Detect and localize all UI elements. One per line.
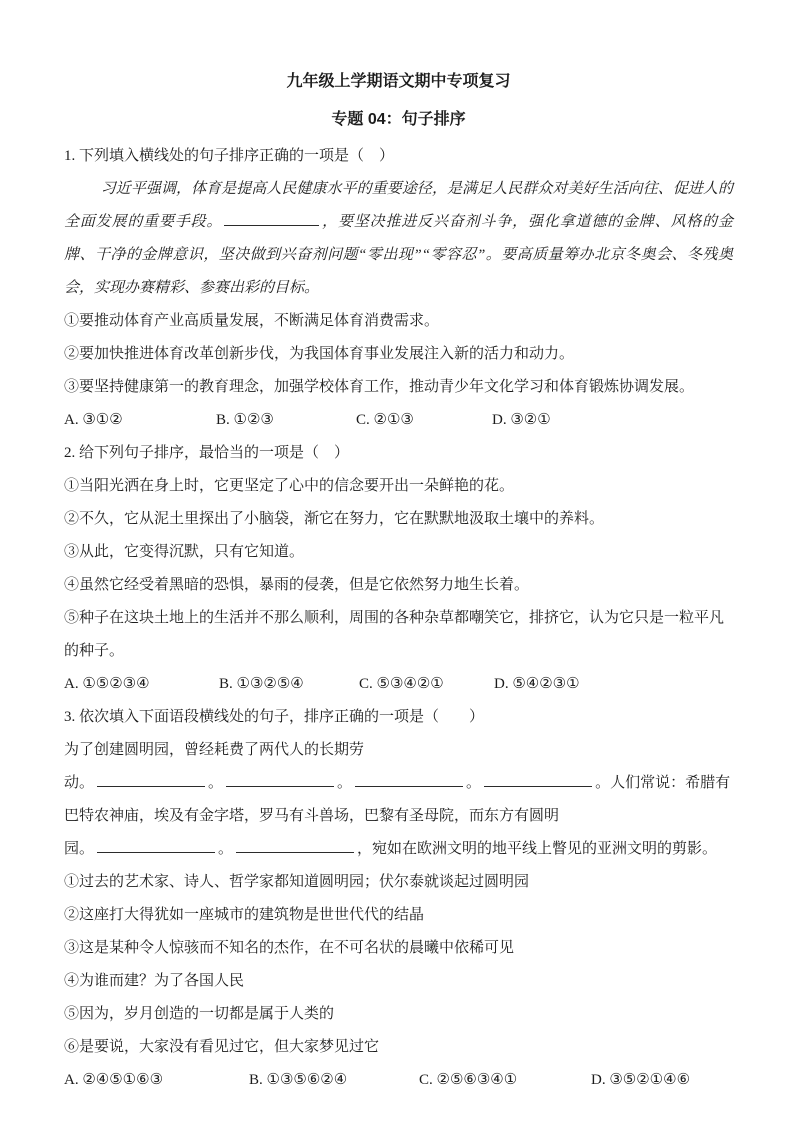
q3-blank-4 [484, 772, 592, 787]
q3-line4-prefix: 园。 [64, 841, 94, 857]
worksheet-page: 九年级上学期语文期中专项复习 专题 04：句子排序 1. 下列填入横线处的句子排… [0, 0, 793, 1122]
q1-passage: 习近平强调，体育是提高人民健康水平的重要途径，是满足人民群众对美好生活向往、促进… [64, 173, 733, 305]
q1-option-b: B. ①②③ [216, 404, 356, 437]
q3-item-5: ⑤因为，岁月创造的一切都是属于人类的 [64, 998, 733, 1031]
q3-item-3: ③这是某种令人惊骇而不知名的杰作，在不可名状的晨曦中依稀可见 [64, 932, 733, 965]
q2-item-1: ①当阳光洒在身上时，它更坚定了心中的信念要开出一朵鲜艳的花。 [64, 470, 733, 503]
q2-item-4: ④虽然它经受着黑暗的恐惧，暴雨的侵袭，但是它依然努力地生长着。 [64, 569, 733, 602]
q1-blank-underline [224, 211, 319, 226]
q2-option-b: B. ①③②⑤④ [219, 668, 359, 701]
q3-line2-suffix: 。人们常说：希腊有 [595, 775, 730, 791]
q3-blank-5 [97, 838, 215, 853]
q2-option-a: A. ①⑤②③④ [64, 668, 219, 701]
q3-passage-line1: 为了创建圆明园，曾经耗费了两代人的长期劳 [64, 734, 733, 767]
q3-stem: 3. 依次填入下面语段横线处的句子，排序正确的一项是（ ） [64, 701, 733, 734]
q3-option-a: A. ②④⑤①⑥③ [64, 1064, 249, 1097]
q3-sep-2: 。 [337, 775, 352, 791]
q3-line2-prefix: 动。 [64, 775, 94, 791]
q3-sep-1: 。 [208, 775, 223, 791]
q3-passage-line4: 园。。，宛如在欧洲文明的地平线上瞥见的亚洲文明的剪影。 [64, 833, 733, 866]
page-title: 九年级上学期语文期中专项复习 [64, 70, 733, 94]
q1-option-d: D. ③②① [492, 404, 551, 437]
q3-sep-3: 。 [466, 775, 481, 791]
q2-item-2: ②不久，它从泥土里探出了小脑袋，渐它在努力，它在默默地汲取土壤中的养料。 [64, 503, 733, 536]
q3-passage-line3: 巴特农神庙，埃及有金字塔，罗马有斗兽场，巴黎有圣母院，而东方有圆明 [64, 800, 733, 833]
q2-stem: 2. 给下列句子排序，最恰当的一项是（ ） [64, 437, 733, 470]
q3-option-b: B. ①③⑤⑥②④ [249, 1064, 419, 1097]
q3-option-d: D. ③⑤②①④⑥ [591, 1064, 690, 1097]
q3-options: A. ②④⑤①⑥③ B. ①③⑤⑥②④ C. ②⑤⑥③④① D. ③⑤②①④⑥ [64, 1064, 733, 1097]
q3-line4-mid: 。 [218, 841, 233, 857]
q1-item-3: ③要坚持健康第一的教育理念，加强学校体育工作，推动青少年文化学习和体育锻炼协调发… [64, 371, 733, 404]
q1-item-2: ②要加快推进体育改革创新步伐，为我国体育事业发展注入新的活力和动力。 [64, 338, 733, 371]
q3-line4-suffix: ，宛如在欧洲文明的地平线上瞥见的亚洲文明的剪影。 [357, 841, 717, 857]
q3-item-1: ①过去的艺术家、诗人、哲学家都知道圆明园；伏尔泰就谈起过圆明园 [64, 866, 733, 899]
q1-item-1: ①要推动体育产业高质量发展，不断满足体育消费需求。 [64, 305, 733, 338]
q3-blank-2 [226, 772, 334, 787]
q3-option-c: C. ②⑤⑥③④① [419, 1064, 591, 1097]
q1-option-a: A. ③①② [64, 404, 216, 437]
q2-item-3: ③从此，它变得沉默，只有它知道。 [64, 536, 733, 569]
q2-option-d: D. ⑤④②③① [494, 668, 580, 701]
q1-options: A. ③①② B. ①②③ C. ②①③ D. ③②① [64, 404, 733, 437]
q2-option-c: C. ⑤③④②① [359, 668, 494, 701]
q3-blank-6 [236, 838, 354, 853]
q3-blank-3 [355, 772, 463, 787]
q2-item-5: ⑤种子在这块土地上的生活并不那么顺利，周围的各种杂草都嘲笑它，排挤它，认为它只是… [64, 602, 733, 668]
q1-option-c: C. ②①③ [356, 404, 492, 437]
q3-item-2: ②这座打大得犹如一座城市的建筑物是世世代代的结晶 [64, 899, 733, 932]
q3-item-4: ④为谁而建？为了各国人民 [64, 965, 733, 998]
page-subtitle: 专题 04：句子排序 [64, 108, 733, 132]
q2-options: A. ①⑤②③④ B. ①③②⑤④ C. ⑤③④②① D. ⑤④②③① [64, 668, 733, 701]
q3-blank-1 [97, 772, 205, 787]
q3-passage-line2: 动。。。。。人们常说：希腊有 [64, 767, 733, 800]
q3-item-6: ⑥是要说，大家没有看见过它，但大家梦见过它 [64, 1031, 733, 1064]
q1-stem: 1. 下列填入横线处的句子排序正确的一项是（ ） [64, 140, 733, 173]
